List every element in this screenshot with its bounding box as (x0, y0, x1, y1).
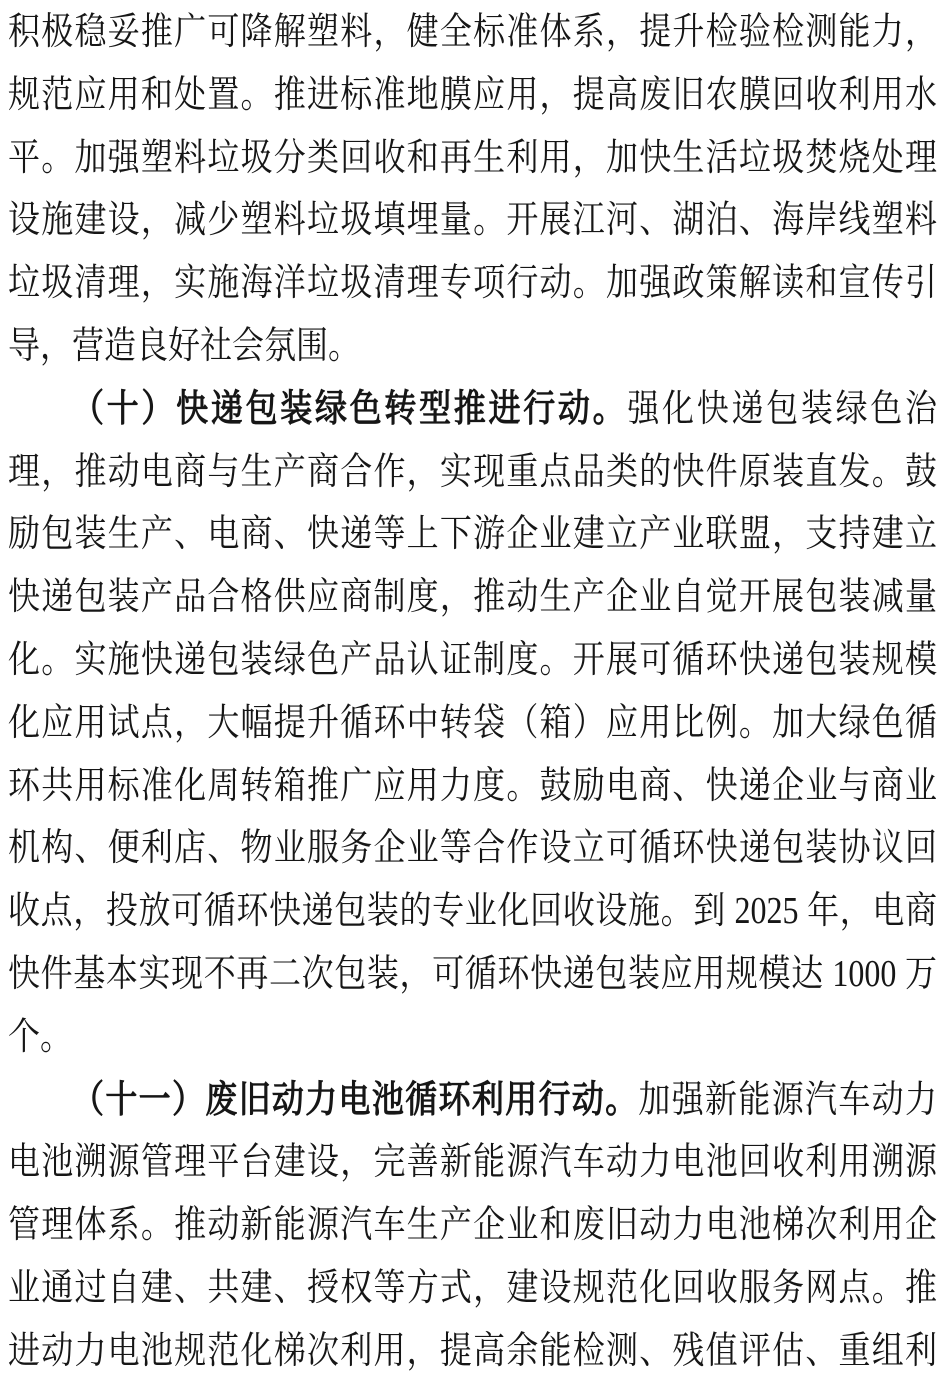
document-page: 积极稳妥推广可降解塑料，健全标准体系，提升检验检测能力， 规范应用和处置。推进标… (0, 0, 945, 1382)
section-heading: （十）快递包装绿色转型推进行动。 (72, 386, 627, 428)
paragraph-express-packaging: （十）快递包装绿色转型推进行动。强化快递包装绿色治 理，推动电商与生产商合作，实… (8, 377, 937, 1068)
text-run: 强化快递包装绿色治 (627, 386, 937, 428)
paragraph-plastic-pollution: 积极稳妥推广可降解塑料，健全标准体系，提升检验检测能力， 规范应用和处置。推进标… (8, 0, 937, 377)
section-heading: （十一）废旧动力电池循环利用行动。 (72, 1077, 638, 1119)
text-run: 加强新能源汽车动力 (638, 1077, 937, 1119)
paragraph-battery-recycling: （十一）废旧动力电池循环利用行动。加强新能源汽车动力 电池溯源管理平台建设，完善… (8, 1068, 937, 1382)
text-line: 进动力电池规范化梯次利用，提高余能检测、残值评估、重组利 (8, 1313, 937, 1387)
